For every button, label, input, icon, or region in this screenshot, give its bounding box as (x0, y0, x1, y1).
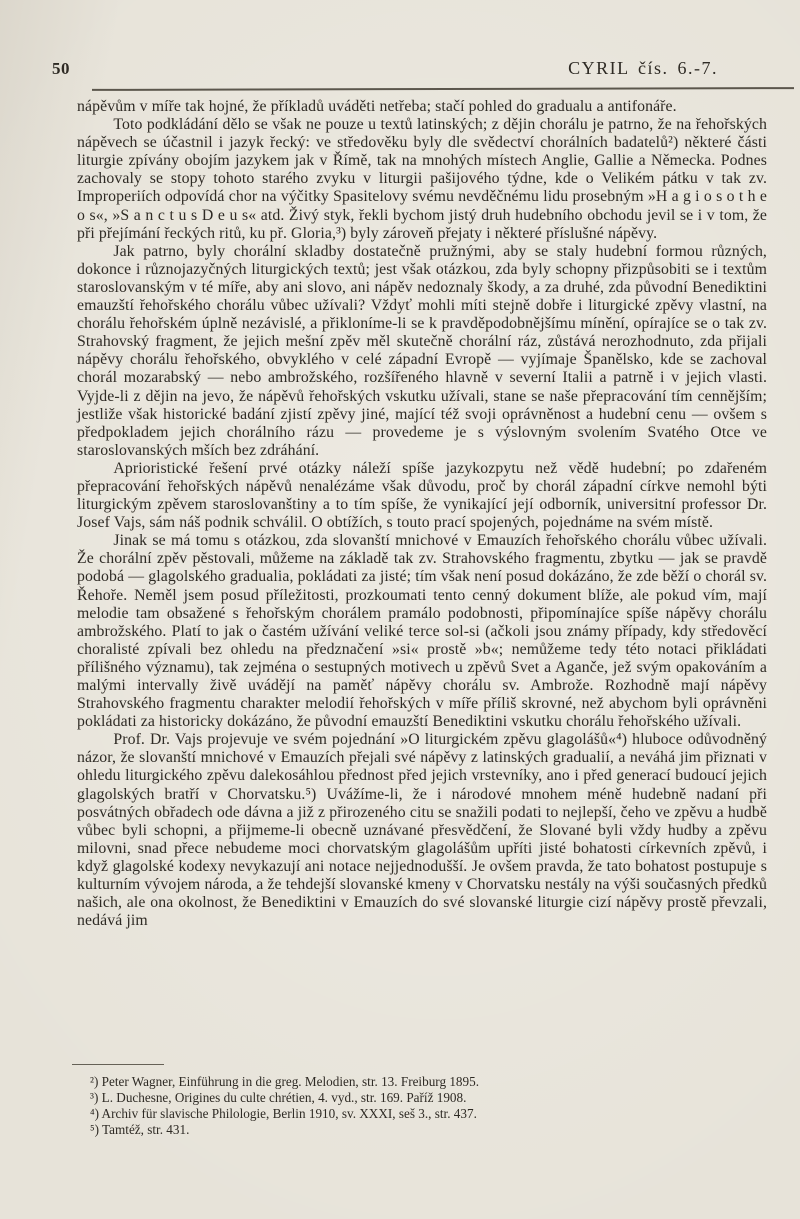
page-header: 50 CYRIL čís. 6.-7. (52, 58, 760, 79)
footnote-item: ⁴) Archiv für slavische Philologie, Berl… (90, 1106, 730, 1122)
paragraph: Prof. Dr. Vajs projevuje ve svém pojedná… (77, 731, 767, 930)
page-number: 50 (52, 59, 70, 79)
footnote-separator (72, 1064, 164, 1065)
footnote-item: ²) Peter Wagner, Einführung in die greg.… (90, 1074, 730, 1090)
paragraph-continuation: nápěvům v míře tak hojné, že příkladů uv… (77, 98, 767, 116)
footnote-item: ³) L. Duchesne, Origines du culte chréti… (90, 1090, 730, 1106)
footnote-item: ⁵) Tamtéž, str. 431. (90, 1122, 730, 1138)
footnotes: ²) Peter Wagner, Einführung in die greg.… (90, 1074, 730, 1138)
paragraph: Jak patrno, byly chorální skladby dostat… (77, 243, 767, 460)
header-rule (92, 87, 794, 91)
paragraph: Aprioristické řešení prvé otázky náleží … (77, 460, 767, 532)
journal-title: CYRIL čís. 6.-7. (568, 58, 760, 79)
paragraph: Jinak se má tomu s otázkou, zda slovanšt… (77, 532, 767, 731)
article-body: nápěvům v míře tak hojné, že příkladů uv… (77, 98, 767, 930)
paragraph: Toto podkládání dělo se však ne pouze u … (77, 116, 767, 243)
scanned-journal-page: 50 CYRIL čís. 6.-7. nápěvům v míře tak h… (0, 0, 800, 1219)
